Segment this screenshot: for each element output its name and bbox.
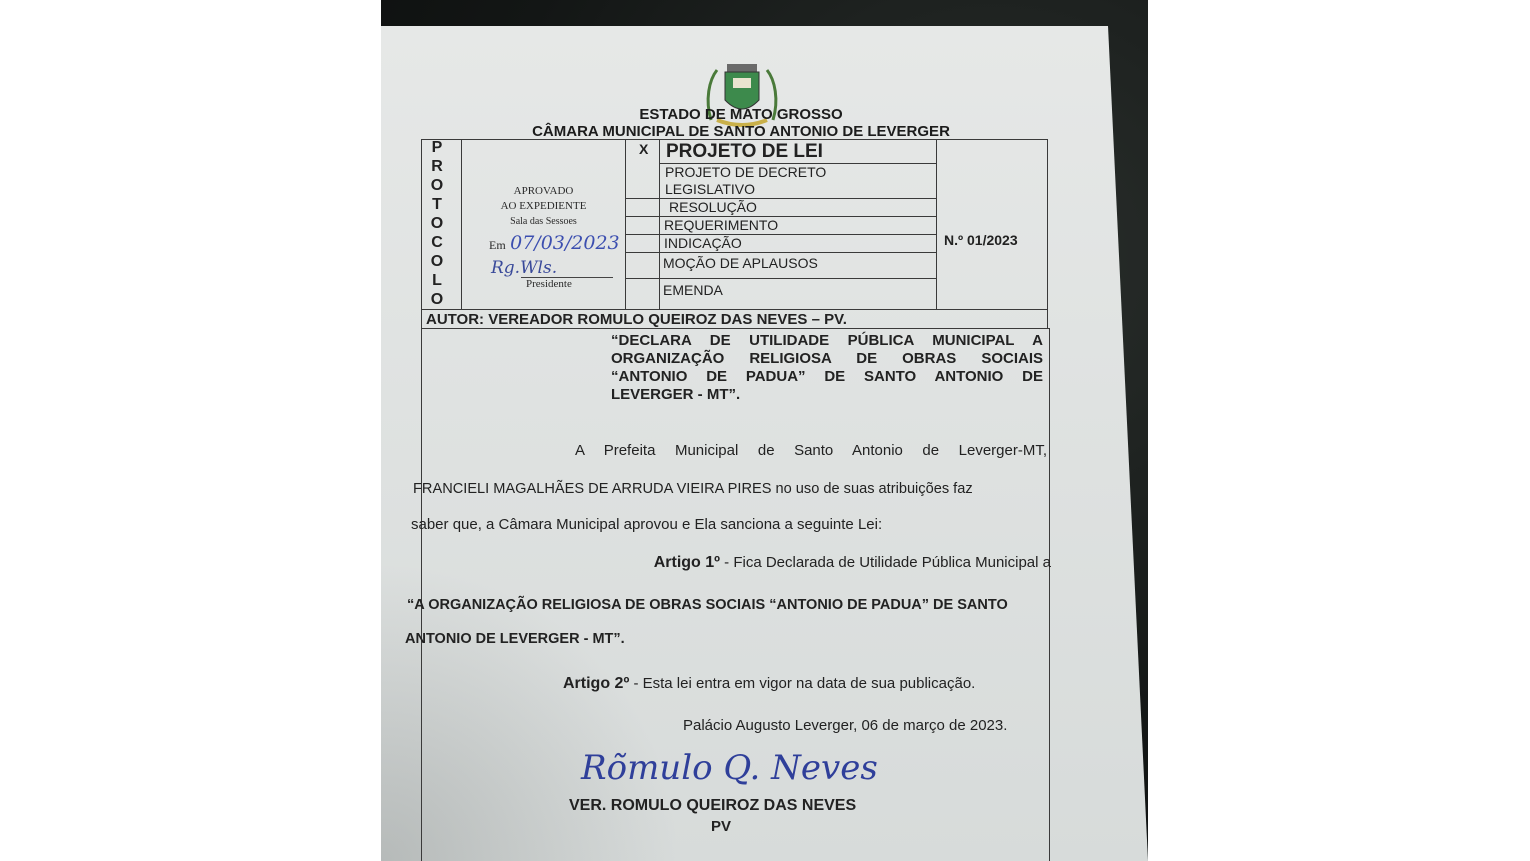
ementa: “DECLARA DE UTILIDADE PÚBLICA MUNICIPAL … — [611, 332, 1043, 404]
signer-name: VER. ROMULO QUEIROZ DAS NEVES — [569, 797, 856, 815]
option-projeto-de-lei: PROJETO DE LEI — [666, 141, 823, 163]
president-signature: Rg.Wls. — [491, 258, 557, 278]
author-line: AUTOR: VEREADOR ROMULO QUEIROZ DAS NEVES… — [426, 311, 847, 328]
preamble-line-1: A Prefeita Municipal de Santo Antonio de… — [575, 442, 1047, 459]
option-mocao-de-aplausos: MOÇÃO DE APLAUSOS — [663, 255, 818, 271]
article-2: Artigo 2º - Esta lei entra em vigor na d… — [563, 675, 975, 693]
article-1-entity-line2: ANTONIO DE LEVERGER - MT”. — [405, 631, 625, 647]
option-projeto-decreto-line2: LEGISLATIVO — [665, 181, 755, 197]
option-projeto-decreto: PROJETO DE DECRETO — [665, 164, 826, 180]
article-1: Artigo 1º - Fica Declarada de Utilidade … — [576, 554, 1051, 572]
signer-party: PV — [711, 818, 731, 835]
article-1-entity: “A ORGANIZAÇÃO RELIGIOSA DE OBRAS SOCIAI… — [407, 597, 1008, 613]
project-number: N.º 01/2023 — [944, 232, 1018, 248]
president-role: Presidente — [526, 277, 572, 292]
option-indicacao: INDICAÇÃO — [664, 235, 742, 251]
state-title: ESTADO DE MATO GROSSO — [381, 106, 1101, 123]
protocol-vertical-label: PROTOCOLO — [427, 138, 447, 309]
chamber-title: CÂMARA MUNICIPAL DE SANTO ANTONIO DE LEV… — [381, 123, 1101, 140]
handwritten-signature: Rõmulo Q. Neves — [581, 748, 878, 788]
place-date: Palácio Augusto Leverger, 06 de março de… — [683, 717, 1007, 734]
option-emenda: EMENDA — [663, 282, 723, 298]
document-photo: ESTADO DE MATO GROSSO CÂMARA MUNICIPAL D… — [381, 0, 1148, 861]
paper-sheet: ESTADO DE MATO GROSSO CÂMARA MUNICIPAL D… — [381, 26, 1148, 861]
preamble-line-3: saber que, a Câmara Municipal aprovou e … — [411, 516, 882, 533]
option-resolucao: RESOLUÇÃO — [669, 199, 757, 215]
selected-mark: X — [639, 141, 648, 157]
handwritten-date: 07/03/2023 — [510, 232, 620, 254]
approval-stamp: APROVADO AO EXPEDIENTE Sala das Sessoes — [481, 184, 606, 229]
preamble-line-2: FRANCIELI MAGALHÃES DE ARRUDA VIEIRA PIR… — [413, 481, 1049, 497]
stamp-date: Em 07/03/2023 — [489, 232, 620, 254]
option-requerimento: REQUERIMENTO — [664, 217, 778, 233]
